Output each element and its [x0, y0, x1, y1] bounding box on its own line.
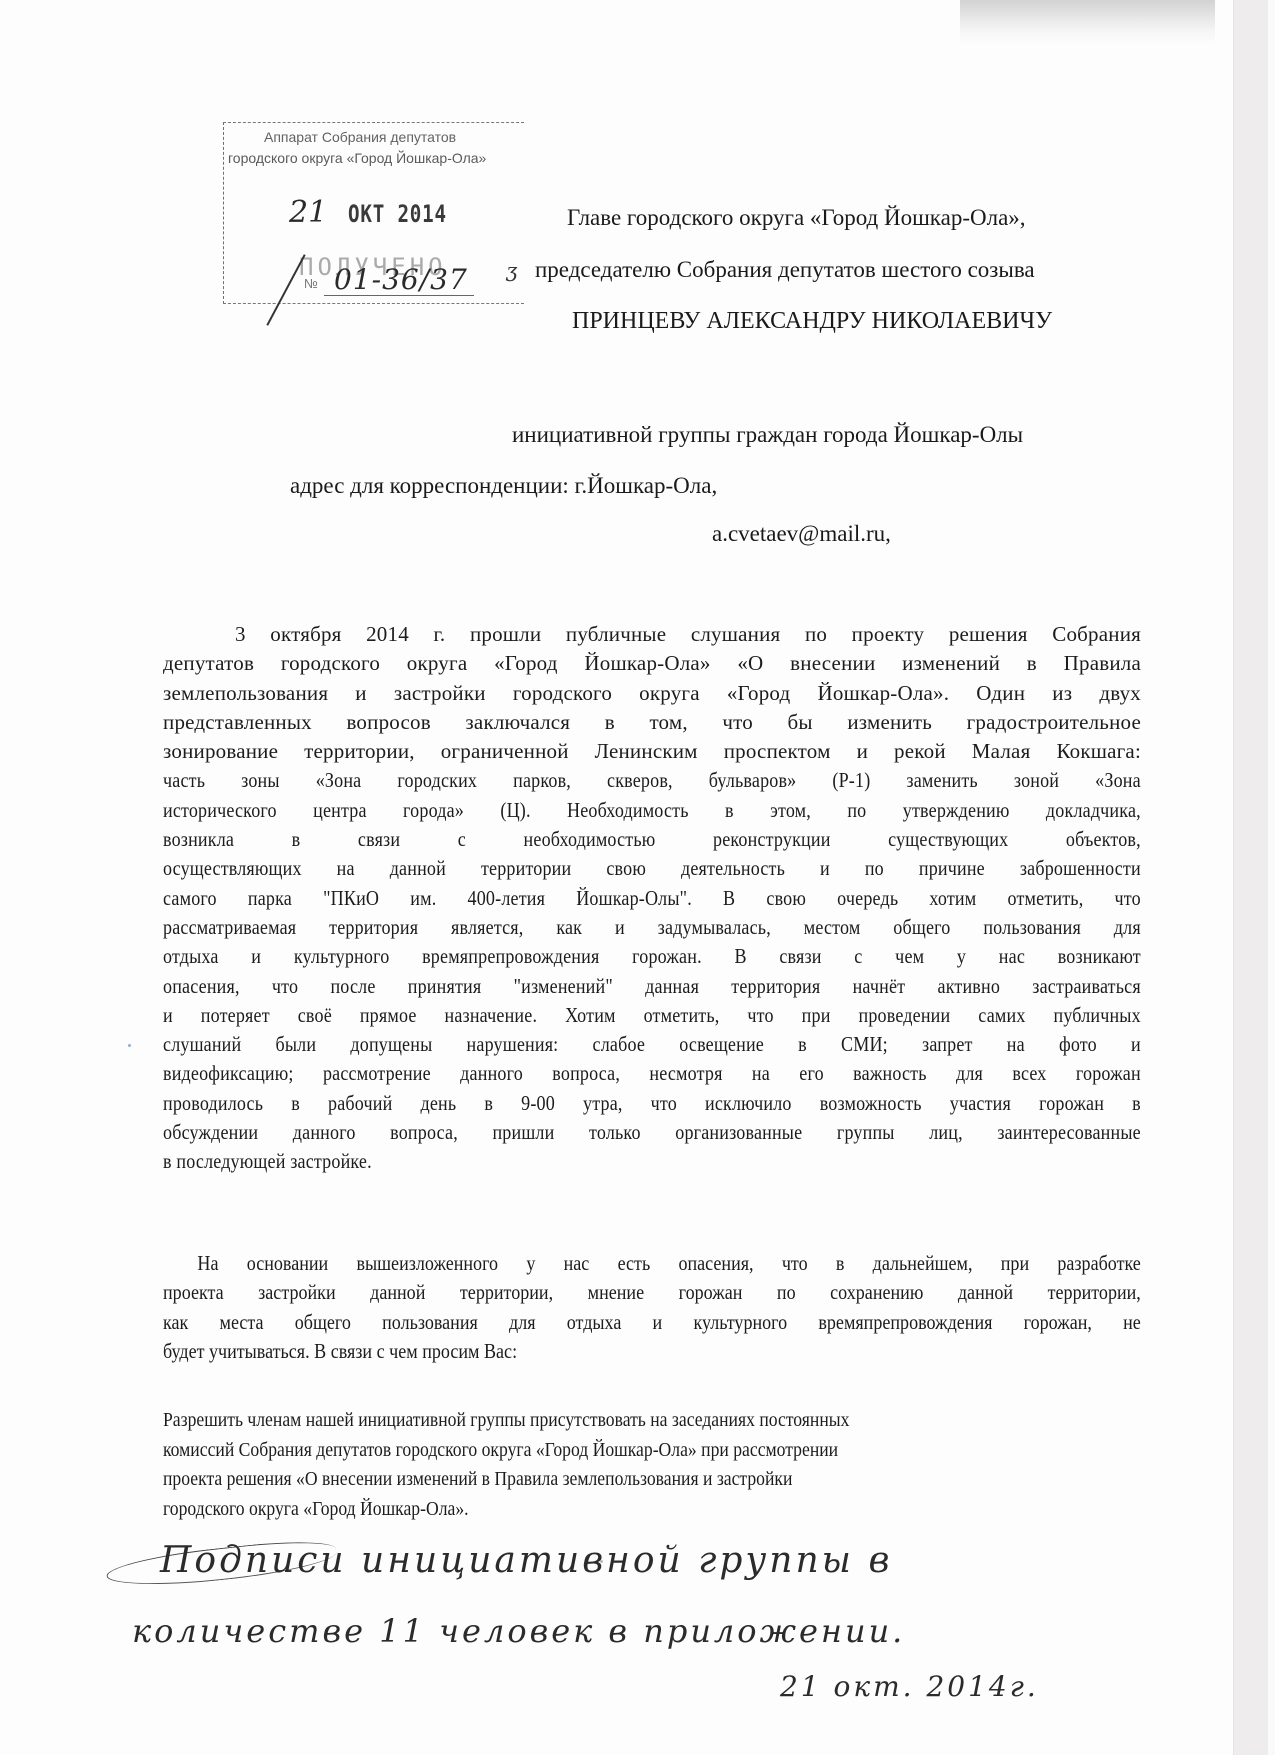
handwritten-note-line2: количестве 11 человек в приложении. — [132, 1612, 905, 1650]
paragraph-line: будет учитываться. В связи с чем просим … — [163, 1337, 1141, 1366]
paragraph-line: видеофиксацию; рассмотрение данного вопр… — [163, 1059, 1141, 1088]
scan-speck — [128, 1044, 131, 1047]
paragraph-line: представленных вопросов заключался в том… — [163, 708, 1141, 737]
paragraph-line: проекта решения «О внесении изменений в … — [163, 1465, 1141, 1495]
paragraph-line: слушаний были допущены нарушения: слабое… — [163, 1030, 1141, 1059]
scan-shadow — [960, 0, 1215, 45]
stamp-number-label: № — [304, 276, 318, 291]
paragraph-line: Разрешить членам нашей инициативной груп… — [163, 1406, 1141, 1436]
paragraph-line: На основании вышеизложенного у нас есть … — [163, 1249, 1141, 1278]
paragraph-line: в последующей застройке. — [163, 1147, 1141, 1176]
paragraph-line: комиссий Собрания депутатов городского о… — [163, 1436, 1141, 1466]
stamp-org-line2: городского округа «Город Йошкар-Ола» — [228, 150, 486, 166]
scan-speck — [600, 1560, 603, 1563]
paragraph-line: городского округа «Город Йошкар-Ола». — [163, 1495, 1141, 1525]
body-paragraph-2: На основании вышеизложенного у нас есть … — [163, 1249, 1141, 1366]
sender-email: a.cvetaev@mail.ru, — [712, 521, 891, 547]
request-paragraph: Разрешить членам нашей инициативной груп… — [163, 1406, 1141, 1524]
stamp-date-day: 21 — [289, 195, 327, 230]
paragraph-line: зонирование территории, ограниченной Лен… — [163, 737, 1141, 766]
condensed-block: Разрешить членам нашей инициативной груп… — [163, 1406, 1141, 1524]
handwritten-note-line1: Подписи инициативной группы в — [160, 1540, 892, 1581]
paragraph-line: землепользования и застройки городского … — [163, 679, 1141, 708]
initials-mark: ʒ — [506, 258, 517, 282]
paragraph-line: исторического центра города» (Ц). Необхо… — [163, 796, 1141, 825]
sender-group: инициативной группы граждан города Йошка… — [512, 422, 1023, 448]
receipt-stamp: Аппарат Собрания депутатов городского ок… — [223, 122, 524, 304]
paragraph-line: проекта застройки данной территории, мне… — [163, 1278, 1141, 1307]
paragraph-line: 3 октября 2014 г. прошли публичные слуша… — [163, 620, 1141, 649]
paragraph-line: как места общего пользования для отдыха … — [163, 1308, 1141, 1337]
condensed-block: На основании вышеизложенного у нас есть … — [163, 1249, 1141, 1366]
body-paragraph-1: 3 октября 2014 г. прошли публичные слуша… — [163, 620, 1141, 1177]
sender-address: адрес для корреспонденции: г.Йошкар-Ола, — [290, 473, 717, 499]
paragraph-line: возникла в связи с необходимостью реконс… — [163, 825, 1141, 854]
stamp-date-month-year: ОКТ 2014 — [348, 200, 447, 228]
condensed-block: часть зоны «Зона городских парков, сквер… — [163, 766, 1141, 1176]
addressee-name: ПРИНЦЕВУ АЛЕКСАНДРУ НИКОЛАЕВИЧУ — [572, 308, 1052, 335]
paragraph-line: и потеряет своё прямое назначение. Хотим… — [163, 1001, 1141, 1030]
paragraph-line: отдыха и культурного времяпрепровождения… — [163, 942, 1141, 971]
addressee-position: председателю Собрания депутатов шестого … — [535, 257, 1035, 283]
scan-edge — [1268, 0, 1275, 1755]
stamp-org-line1: Аппарат Собрания депутатов — [264, 129, 456, 145]
addressee-title: Главе городского округа «Город Йошкар-Ол… — [567, 205, 1026, 231]
stamp-registration-number: 01-36/37 — [334, 263, 468, 296]
paragraph-line: опасения, что после принятия "изменений"… — [163, 972, 1141, 1001]
stamp-number-underline — [324, 295, 474, 296]
handwritten-note-date: 21 окт. 2014г. — [780, 1670, 1039, 1703]
paragraph-line: обсуждении данного вопроса, пришли тольк… — [163, 1118, 1141, 1147]
paragraph-line: рассматриваемая территория является, как… — [163, 913, 1141, 942]
paragraph-line: часть зоны «Зона городских парков, сквер… — [163, 766, 1141, 795]
paragraph-line: самого парка "ПКиО им. 400-летия Йошкар-… — [163, 884, 1141, 913]
paragraph-line: депутатов городского округа «Город Йошка… — [163, 649, 1141, 678]
paragraph-line: осуществляющих на данной территории свою… — [163, 854, 1141, 883]
stamp-date: 21 ОКТ 2014 — [289, 195, 471, 230]
paragraph-line: проводилось в рабочий день в 9-00 утра, … — [163, 1089, 1141, 1118]
